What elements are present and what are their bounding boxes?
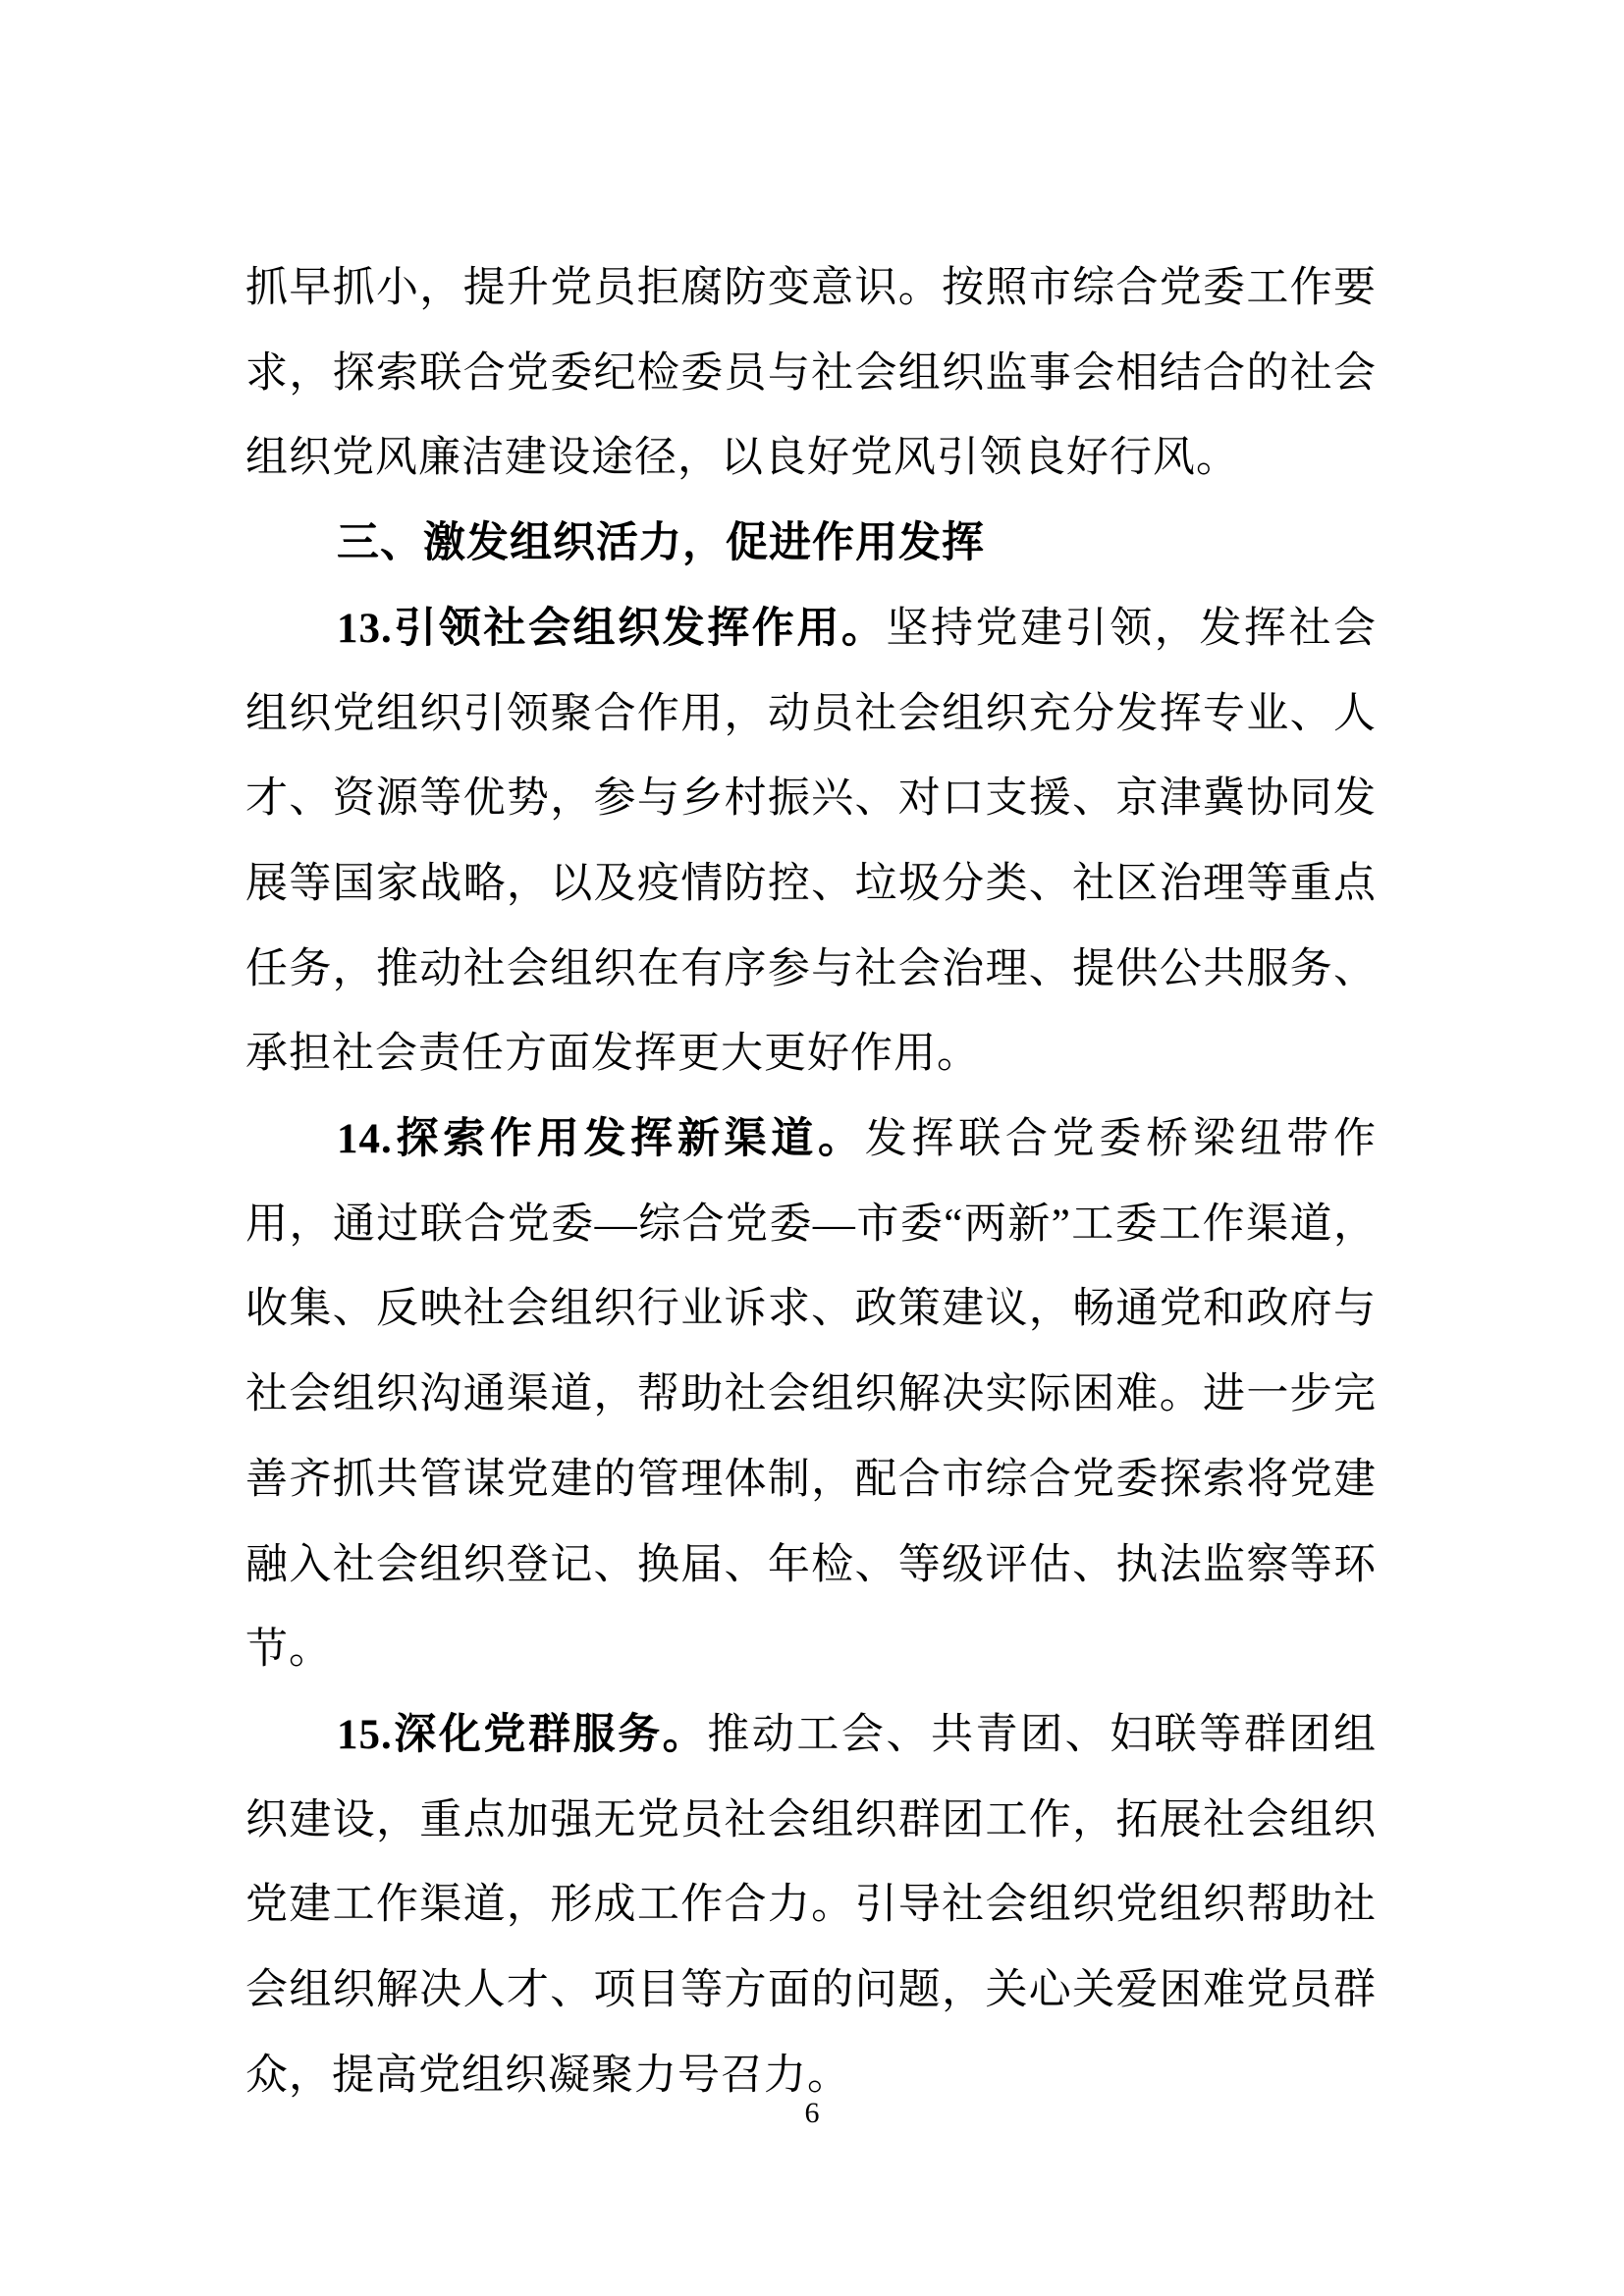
paragraph-15-text: 推动工会、共青团、妇联等群团组织建设，重点加强无党员社会组织群团工作，拓展社会组… [245, 1712, 1377, 2099]
paragraph-item-15: 15.深化党群服务。推动工会、共青团、妇联等群团组织建设，重点加强无党员社会组织… [245, 1693, 1377, 2119]
section-heading: 三、激发组织活力，促进作用发挥 [245, 502, 1377, 587]
paragraph-15-lead: 15.深化党群服务。 [337, 1712, 707, 1758]
paragraph-13-text: 坚持党建引领，发挥社会组织党组织引领聚合作用，动员社会组织充分发挥专业、人才、资… [245, 606, 1377, 1078]
document-body: 抓早抓小，提升党员拒腐防变意识。按照市综合党委工作要求，探索联合党委纪检委员与社… [245, 246, 1377, 2118]
page-number: 6 [0, 2097, 1624, 2130]
paragraph-13-lead: 13.引领社会组织发挥作用。 [337, 606, 886, 652]
paragraph-14-text: 发挥联合党委桥梁纽带作用，通过联合党委—综合党委—市委“两新”工委工作渠道，收集… [245, 1116, 1377, 1673]
paragraph-14-lead: 14.探索作用发挥新渠道。 [337, 1116, 865, 1162]
document-page: 抓早抓小，提升党员拒腐防变意识。按照市综合党委工作要求，探索联合党委纪检委员与社… [0, 0, 1624, 2296]
paragraph-item-14: 14.探索作用发挥新渠道。发挥联合党委桥梁纽带作用，通过联合党委—综合党委—市委… [245, 1097, 1377, 1693]
paragraph-item-13: 13.引领社会组织发挥作用。坚持党建引领，发挥社会组织党组织引领聚合作用，动员社… [245, 587, 1377, 1097]
paragraph-continuation: 抓早抓小，提升党员拒腐防变意识。按照市综合党委工作要求，探索联合党委纪检委员与社… [245, 246, 1377, 502]
